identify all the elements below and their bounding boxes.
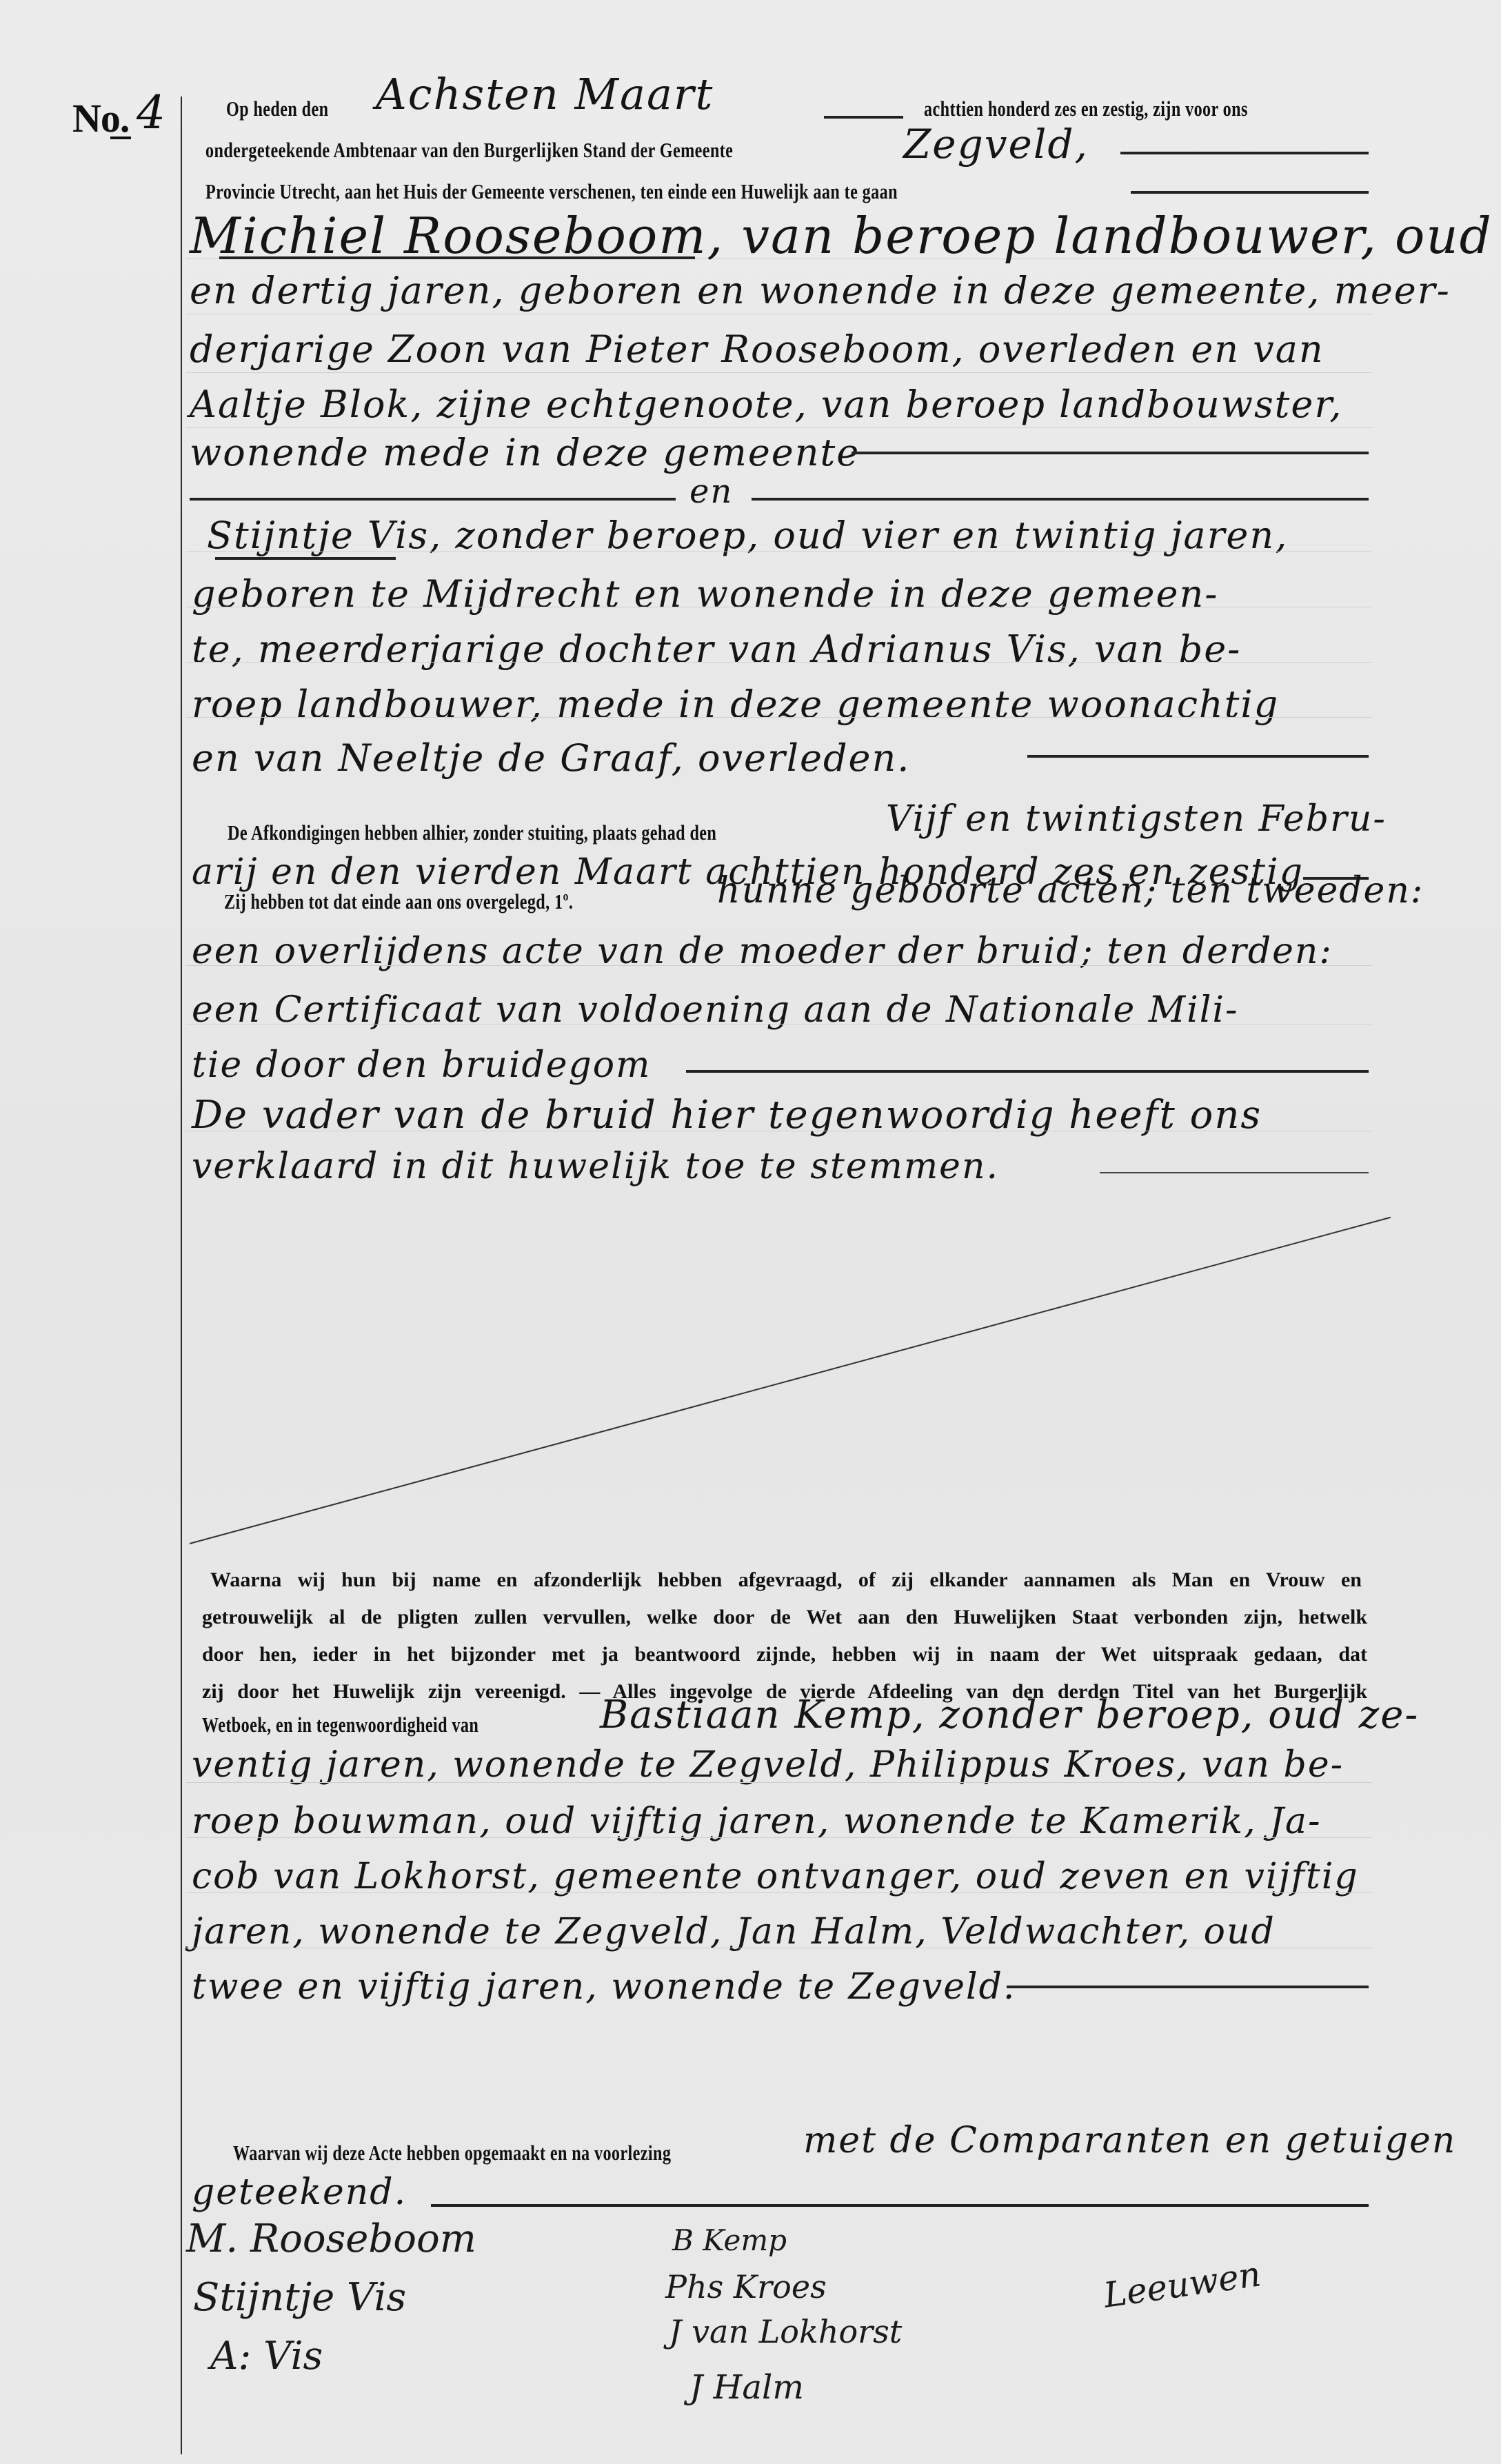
header-line3-print: Provincie Utrecht, aan het Huis der Geme… [205,179,898,204]
margin-rule [181,97,182,2454]
witness-line-2: ventig jaren, wonende te Zegveld, Philip… [192,1744,1344,1786]
witness-line-1: Bastiaan Kemp, zonder beroep, oud ze- [600,1693,1419,1737]
cancellation-diagonal-line [190,1217,1391,1544]
rule [1131,191,1369,194]
groom-line-3: derjarige Zoon van Pieter Rooseboom, ove… [190,327,1324,371]
rule [1007,1986,1369,1988]
witness-line-4: cob van Lokhorst, gemeente ontvanger, ou… [192,1856,1359,1897]
documents-hand-3: een Certificaat van voldoening aan de Na… [192,989,1239,1031]
closing-print: Waarvan wij deze Acte hebben opgemaakt e… [233,2141,671,2165]
rule [1120,152,1369,154]
signature-registrar: Leeuwen [1101,2254,1263,2315]
header-line1-print-b: achttien honderd zes en zestig, zijn voo… [924,97,1248,121]
record-number-underline [110,137,131,139]
groom-line-2: en dertig jaren, geboren en wonende in d… [190,269,1451,312]
signature-witness-1: B Kemp [672,2223,787,2257]
declaration-line-3: door hen, ieder in het bijzonder met ja … [202,1638,1367,1671]
bride-line-4: roep landbouwer, mede in deze gemeente w… [192,683,1279,726]
rule [431,2204,1369,2207]
signature-witness-2: Phs Kroes [665,2268,827,2305]
bride-line-2: geboren te Mijdrecht en wonende in deze … [192,572,1218,616]
rule [752,498,1369,501]
marriage-record-page: No. 4 Op heden den Achsten Maart achttie… [0,0,1501,2464]
proclamations-hand-1: Vijf en twintigsten Febru- [886,798,1387,840]
witness-line-3: roep bouwman, oud vijftig jaren, wonende… [192,1801,1322,1842]
witness-line-5: jaren, wonende te Zegveld, Jan Halm, Vel… [192,1911,1276,1952]
signature-witness-3: J van Lokhorst [669,2313,902,2350]
signature-bride: Stijntje Vis [193,2275,406,2320]
bride-line-5: en van Neeltje de Graaf, overleden. [192,736,910,780]
closing-hand-1: met de Comparanten en getuigen [803,2120,1456,2161]
documents-hand-4: tie door den bruidegom [192,1044,651,1086]
proclamations-print: De Afkondigingen hebben alhier, zonder s… [228,820,716,845]
bride-line-3: te, meerderjarige dochter van Adrianus V… [192,627,1241,671]
declaration-last-print: Wetboek, en in tegenwoordigheid van [202,1713,478,1737]
rule [1027,755,1369,758]
consent-line-2: verklaard in dit huwelijk toe te stemmen… [192,1146,999,1187]
documents-hand-1: hunne geboorte acten; ten tweeden: [717,870,1424,911]
groom-name-underline [219,256,695,259]
bride-name-underline [215,557,396,560]
rule [852,452,1369,454]
witness-line-6: twee en vijftig jaren, wonende te Zegvel… [192,1966,1016,2008]
header-date-handwritten: Achsten Maart [376,69,714,119]
rule [190,498,676,501]
record-number-label: No. [72,95,129,141]
signature-bride-father: A: Vis [210,2334,323,2379]
groom-line-4: Aaltje Blok, zijne echtgenoote, van bero… [190,383,1342,426]
rule [1100,1172,1369,1173]
groom-line-5: wonende mede in deze gemeente [190,431,860,474]
declaration-line-2: getrouwelijk al de pligten zullen vervul… [202,1601,1367,1634]
municipality-handwritten: Zegveld, [903,121,1089,168]
conjunction-en: en [689,472,733,511]
signature-witness-4: J Halm [689,2368,804,2407]
bride-line-1: Stijntje Vis, zonder beroep, oud vier en… [207,514,1288,557]
documents-hand-2: een overlijdens acte van de moeder der b… [192,931,1333,972]
record-number-value: 4 [137,86,165,139]
header-line1-print: Op heden den [226,97,328,121]
closing-hand-2: geteekend. [192,2172,407,2213]
signature-groom: M. Rooseboom [186,2216,476,2261]
rule [824,116,903,119]
documents-print: Zij hebben tot dat einde aan ons overgel… [224,889,573,914]
rule [686,1070,1369,1073]
declaration-line-1: Waarna wij hun bij name en afzonderlijk … [210,1564,1362,1597]
header-line2-print: ondergeteekende Ambtenaar van den Burger… [205,138,733,163]
